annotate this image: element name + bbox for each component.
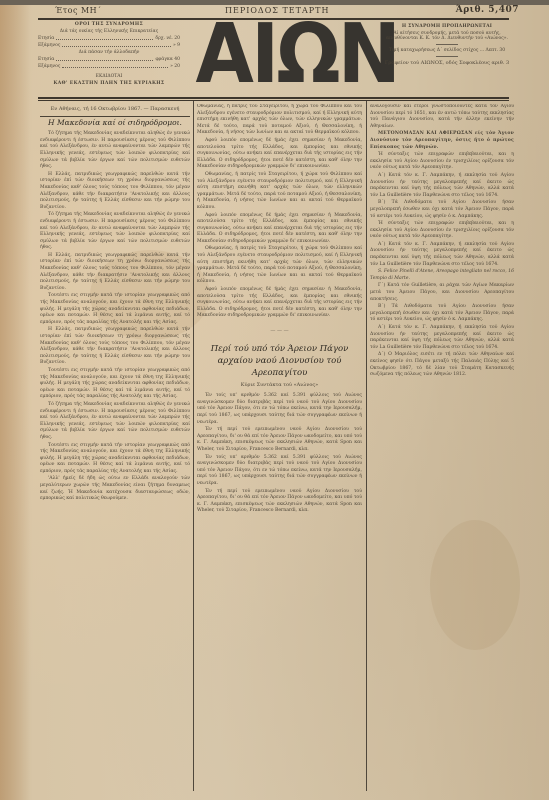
office-address: Γραφείον τού ΑΙΩΝΟΣ, οδός Σοφοκλέους αρι…: [382, 60, 512, 66]
ad-price-line: Τιμή καταχωρήσεως Δ΄ σελίδος στίχος ... …: [382, 48, 512, 53]
article-paragraph: Τό ζήτημα τής Μακεδονίας αναδείκνυται αλ…: [40, 402, 190, 442]
article-paragraph: Η Ελλάς, πατριδικώς γεωγραφικώς παρελθών…: [40, 172, 190, 212]
article-byline: Κύριε Συντάκτα τού «Αιώνος»: [197, 382, 362, 389]
article-paragraph: Τό ζήτημα τής Μακεδονίας αναδείκνυται αλ…: [40, 131, 190, 171]
subscription-subtitle: Διά τάς οικίας τής Ελληνικής Επικρατείας: [38, 29, 180, 34]
article-paragraph: Οθωμανίας, ή πατρίς τού Σταγειρίτου, ή χ…: [197, 172, 362, 212]
article-separator: — — —: [197, 328, 362, 335]
article-paragraph: Α΄) Κατά τόν κ. Γ. Λαμπάκην, ή εκκλησία …: [370, 242, 514, 268]
ornament-divider: [436, 56, 458, 57]
prepaid-text: Αί αίτήσεις συνδρομής, μετά τού ποσού αυ…: [382, 31, 512, 41]
article-paragraph: Αφού λοιπόν επομένως δέ ήμάς έχει σημασί…: [197, 138, 362, 171]
article-paragraph: Α΄) Κατά τόν κ. Γ. Λαμπάκην, ή εκκλησία …: [370, 325, 514, 351]
row-label: Εξάμηνος: [38, 43, 60, 48]
article-paragraph: Γ΄) Κατά τόν Guilletière, αι ράχαι τών Α…: [370, 283, 514, 303]
article-paragraph: Τουτέστι εις στιγμήν κατά τήν ιστορίαν γ…: [40, 368, 190, 401]
article-paragraph: Β΄) Τά Λιθοδόματα τού Αγίου Διονυσίου ήσ…: [370, 304, 514, 324]
article-paragraph: Έν τή περί τού ερειπωμένου ναού Αγίου Δι…: [197, 427, 362, 453]
subscription-row: Ετησία δρχ. νέ. 20: [38, 36, 180, 41]
row-label: Ετησία: [38, 36, 54, 41]
article-paragraph: Β΄) Τά Λιθοδόματα τού Αγίου Διονυσίου ήσ…: [370, 200, 514, 220]
article-paragraph: Τουτέστι εις στιγμήν κατά τήν ιστορίαν γ…: [40, 293, 190, 326]
header-rule-bottom: [38, 97, 509, 99]
article-paragraph-emphasis: ΜΕΤΟΝΟΜΑΣΑΝ ΚΑΙ ΑΦΙΕΡΩΣΑΝ είς τόν Άγιον …: [370, 131, 514, 151]
header-rule-bottom-thin: [38, 100, 509, 101]
year-label: Έτος ΜΗ΄: [55, 6, 102, 15]
article-paragraph: Α΄) Κατά τόν κ. Γ. Λαμπάκην, ή εκκλησία …: [370, 173, 514, 199]
article-paragraph: Δ΄) Ο Μαριόλος εισέτι εν τή πόλει τών Αθ…: [370, 352, 514, 378]
subscription-row: Εξάμηνος » 9: [38, 43, 180, 48]
column-1: Εν Αθήναις, τή 16 Οκτωβρίου 1867. — Παρα…: [40, 104, 190, 794]
article-paragraph: Η Ελλάς, πατριδικώς γεωγραφικώς παρελθών…: [40, 253, 190, 293]
subscription-prepaid-info: Η ΣΥΝΔΡΟΜΗ ΠΡΟΠΛΗΡΩΝΕΤΑΙ Αί αίτήσεις συν…: [382, 22, 512, 68]
column-divider: [193, 101, 194, 791]
publish-schedule: ΚΑΘ' ΕΚΑΣΤΗΝ ΠΛΗΝ ΤΗΣ ΚΥΡΙΑΚΗΣ: [38, 81, 180, 86]
article-paragraph: Αφού λοιπόν επομένως δέ ήμάς έχει σημασί…: [197, 213, 362, 246]
row-value: » 9: [173, 43, 180, 48]
row-value: φράγκα 40: [155, 57, 180, 62]
newspaper-page: Έτος ΜΗ΄ ΠΕΡΙΟΔΟΣ ΤΕΤΑΡΤΗ Άριθ. 5,407 ΟΡ…: [0, 0, 549, 800]
article-headline: Περί τού υπό τόν Άρειον Πάγον αρχαίου να…: [197, 343, 362, 379]
article-paragraph: 'Αλλ' ήμείς δέ ήδη ώς ούτω εν Ελλάδι ανα…: [40, 476, 190, 502]
article-paragraph: Τουτέστι εις στιγμήν κατά τήν ιστορίαν γ…: [40, 443, 190, 476]
article-paragraph: Έν τοίς υπ' αριθμόν 5.362 καί 5.391 φύλλ…: [197, 455, 362, 488]
prepaid-title: Η ΣΥΝΔΡΟΜΗ ΠΡΟΠΛΗΡΩΝΕΤΑΙ: [382, 24, 512, 29]
article-paragraph: Τό ζήτημα τής Μακεδονίας αναδείκνυται αλ…: [40, 212, 190, 252]
article-paragraph: Η Ελλάς, πατριδικώς γεωγραφικώς παρελθών…: [40, 327, 190, 367]
subscription-row: Ετησία φράγκα 40: [38, 57, 180, 62]
row-label: Ετησία: [38, 57, 54, 62]
article-headline: Η Μακεδονία καί οί σιδηρόδρομοι.: [40, 120, 190, 127]
issue-number: Άριθ. 5,407: [456, 5, 519, 15]
row-label: Εξάμηνος: [38, 64, 60, 69]
subscription-subtitle-foreign: Διά πάσαν τήν άλλοδαπήν: [38, 50, 180, 55]
article-paragraph: Έν τή περί τού ερειπωμένου ναού Αγίου Δι…: [197, 489, 362, 515]
row-value: » 20: [170, 64, 180, 69]
subscription-terms: ΟΡΟΙ ΤΗΣ ΣΥΝΔΡΟΜΗΣ Διά τάς οικίας τής Ελ…: [38, 20, 180, 88]
dateline-rule: [40, 116, 190, 117]
article-paragraph: Οθωμανίας, ή πατρίς τού Σταγειρίτου, ή χ…: [197, 246, 362, 286]
ornament-divider: [436, 44, 458, 45]
article-paragraph: Έν τοίς υπ' αριθμόν 5.362 καί 5.391 φύλλ…: [197, 393, 362, 426]
column-2: Οθωμανίας, ή πατρίς τού Σταγειρίτου, ή χ…: [197, 104, 362, 794]
dateline: Εν Αθήναις, τή 16 Οκτωβρίου 1867. — Παρα…: [40, 106, 190, 113]
article-paragraph: Ή σύνταξις τών επιγραφών επιβεβαιούται, …: [370, 221, 514, 241]
article-paragraph: Ή σύνταξις τών επιγραφών επιβεβαιούται, …: [370, 152, 514, 172]
article-italic-quote: S. Felice Pinelli d'Atene, Areopago inte…: [370, 269, 514, 282]
subscription-title: ΟΡΟΙ ΤΗΣ ΣΥΝΔΡΟΜΗΣ: [38, 22, 180, 27]
article-paragraph: αναλογούσιν καί έτεροι γνωστοποιούντες κ…: [370, 104, 514, 130]
column-3: αναλογούσιν καί έτεροι γνωστοποιούντες κ…: [370, 104, 514, 794]
article-paragraph: Οθωμανίας, ή πατρίς τού Σταγειρίτου, ή χ…: [197, 104, 362, 137]
column-divider: [366, 101, 367, 791]
subscription-row: Εξάμηνος » 20: [38, 64, 180, 69]
masthead-title: ΑΙΩΝ: [195, 18, 366, 92]
publish-title: ΕΚΔΙΔΟΤΑΙ: [38, 74, 180, 79]
article-paragraph: Αφού λοιπόν επομένως δέ ήμάς έχει σημασί…: [197, 287, 362, 320]
page-edge-shadow: [0, 0, 30, 800]
row-value: δρχ. νέ. 20: [155, 36, 180, 41]
